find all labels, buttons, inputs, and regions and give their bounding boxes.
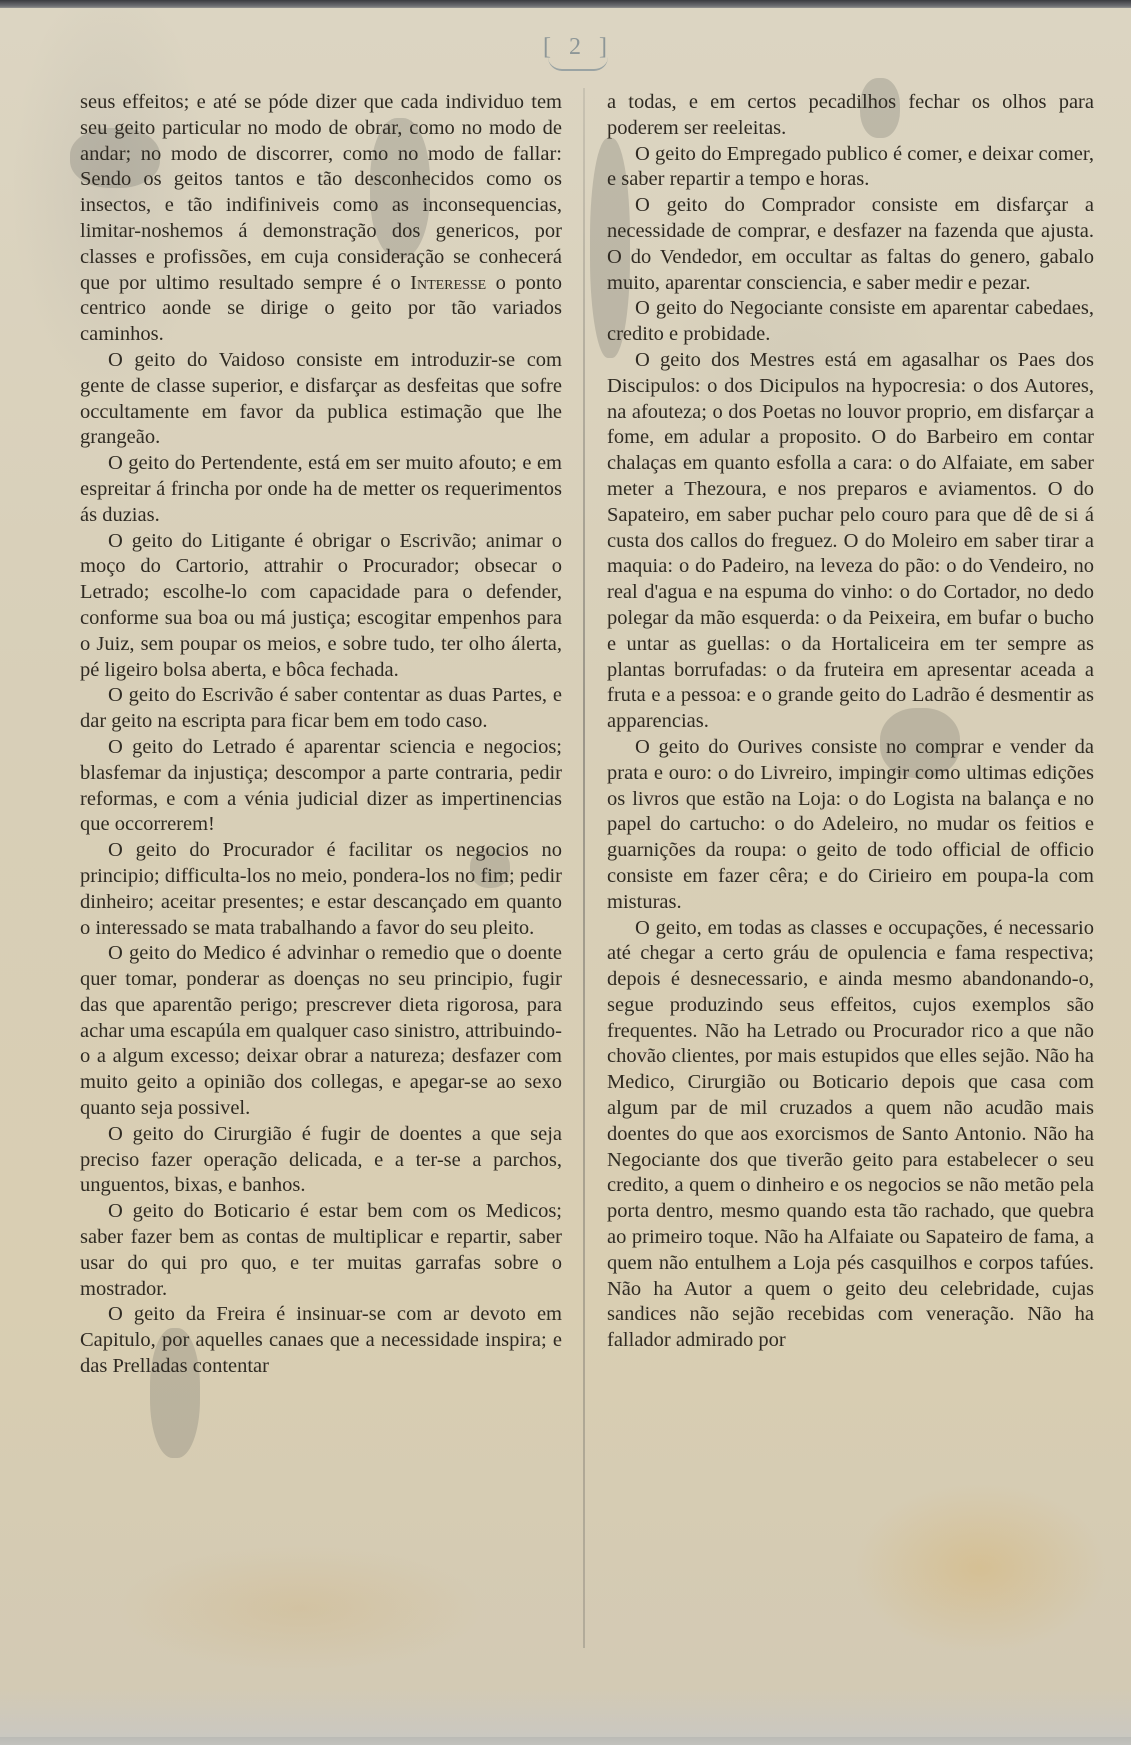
column-divider: [583, 88, 585, 1648]
paragraph-text: seus effeitos; e até se póde dizer que c…: [80, 91, 562, 294]
page-bottom-edge: [0, 1688, 1131, 1737]
paragraph-ourives: O geito do Ourives consiste no comprar e…: [607, 735, 1094, 916]
paragraph-escrivao: O geito do Escrivão é saber contentar as…: [80, 683, 562, 735]
paragraph-vaidoso: O geito do Vaidoso consiste em introduzi…: [80, 348, 562, 451]
paragraph-boticario: O geito do Boticario é estar bem com os …: [80, 1199, 562, 1302]
paragraph-empregado-publico: O geito do Empregado publico é comer, e …: [607, 142, 1094, 194]
paragraph-continuation: a todas, e em certos pecadilhos fechar o…: [607, 90, 1094, 142]
paragraph-mestres: O geito dos Mestres está em agasalhar os…: [607, 348, 1094, 735]
page-number: [ 2 ]: [543, 34, 613, 71]
paragraph-geito-classes: O geito, em todas as classes e occupaçõe…: [607, 916, 1094, 1355]
paragraph-litigante: O geito do Litigante é obrigar o Escrivã…: [80, 529, 562, 684]
paragraph-medico: O geito do Medico é advinhar o remedio q…: [80, 941, 562, 1122]
document-page: [ 2 ] seus effeitos; e até se póde dizer…: [0, 8, 1131, 1737]
paragraph-freira: O geito da Freira é insinuar-se com ar d…: [80, 1302, 562, 1379]
paragraph: seus effeitos; e até se póde dizer que c…: [80, 90, 562, 348]
paragraph-pertendente: O geito do Pertendente, está em ser muit…: [80, 451, 562, 528]
page-number-text: [ 2 ]: [543, 34, 613, 60]
paragraph-letrado: O geito do Letrado é aparentar sciencia …: [80, 735, 562, 838]
emphasis-interesse: Interesse: [410, 272, 486, 294]
right-column: a todas, e em certos pecadilhos fechar o…: [607, 90, 1094, 1354]
paragraph-negociante: O geito do Negociante consiste em aparen…: [607, 296, 1094, 348]
paragraph-cirurgiao: O geito do Cirurgião é fugir de doentes …: [80, 1122, 562, 1199]
paragraph-procurador: O geito do Procurador é facilitar os neg…: [80, 838, 562, 941]
left-column: seus effeitos; e até se póde dizer que c…: [80, 90, 562, 1380]
paragraph-comprador: O geito do Comprador consiste em disfarç…: [607, 193, 1094, 296]
